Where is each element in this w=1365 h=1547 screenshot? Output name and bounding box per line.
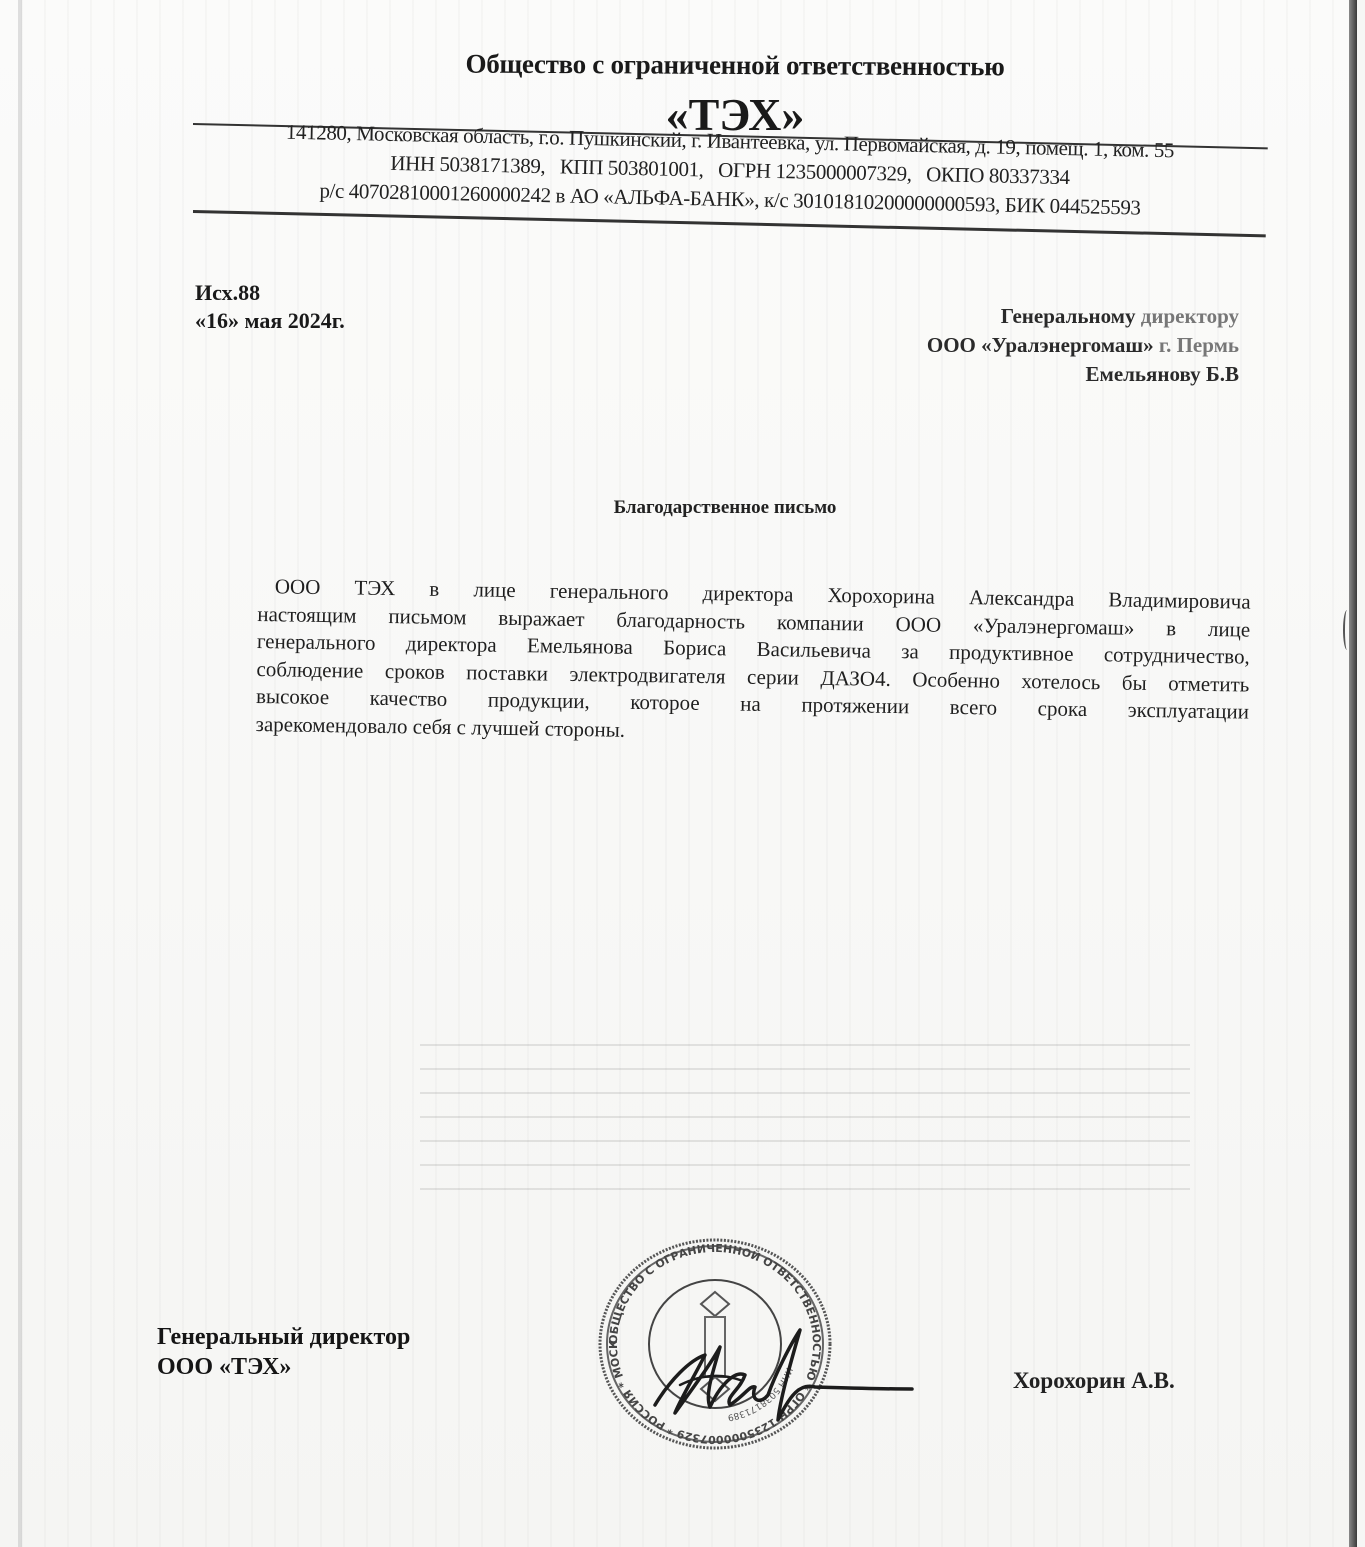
addressee-name: Емельянову Б.В	[927, 360, 1239, 389]
outgoing-number: Исх.88	[195, 279, 345, 307]
handwritten-signature	[650, 1325, 915, 1425]
addressee-block: Генеральному директору ООО «Уралэнергома…	[927, 302, 1239, 389]
scan-edge-right	[1349, 0, 1357, 1547]
signatory-role: Генеральный директор ООО «ТЭХ»	[157, 1322, 410, 1382]
document-page: Общество с ограниченной ответственностью…	[0, 0, 1357, 1547]
scan-artifact	[1343, 610, 1351, 650]
addressee-city: г. Пермь	[1154, 333, 1239, 357]
addressee-position-rest: директору	[1135, 304, 1239, 328]
signatory-company: ООО «ТЭХ»	[157, 1352, 410, 1382]
signatory-position: Генеральный директор	[157, 1322, 410, 1352]
outgoing-reference: Исх.88 «16» мая 2024г.	[195, 279, 345, 335]
signatory-name: Хорохорин А.В.	[1013, 1368, 1175, 1394]
letter-title: Благодарственное письмо	[0, 497, 1365, 519]
signature-icon	[650, 1325, 915, 1425]
addressee-company: ООО «Уралэнергомаш» г. Пермь	[927, 331, 1239, 360]
addressee-position-bold: Генеральному	[1001, 304, 1136, 328]
scan-show-through	[420, 1030, 1190, 1200]
letter-body: ООО ТЭХ в лице генерального директора Хо…	[255, 573, 1250, 754]
letterhead-org-name: Общество с ограниченной ответственностью	[0, 46, 1365, 85]
scan-edge-left	[18, 0, 22, 1547]
outgoing-date: «16» мая 2024г.	[195, 307, 345, 335]
addressee-company-name: ООО «Уралэнергомаш»	[927, 333, 1154, 357]
addressee-position: Генеральному директору	[927, 302, 1239, 331]
